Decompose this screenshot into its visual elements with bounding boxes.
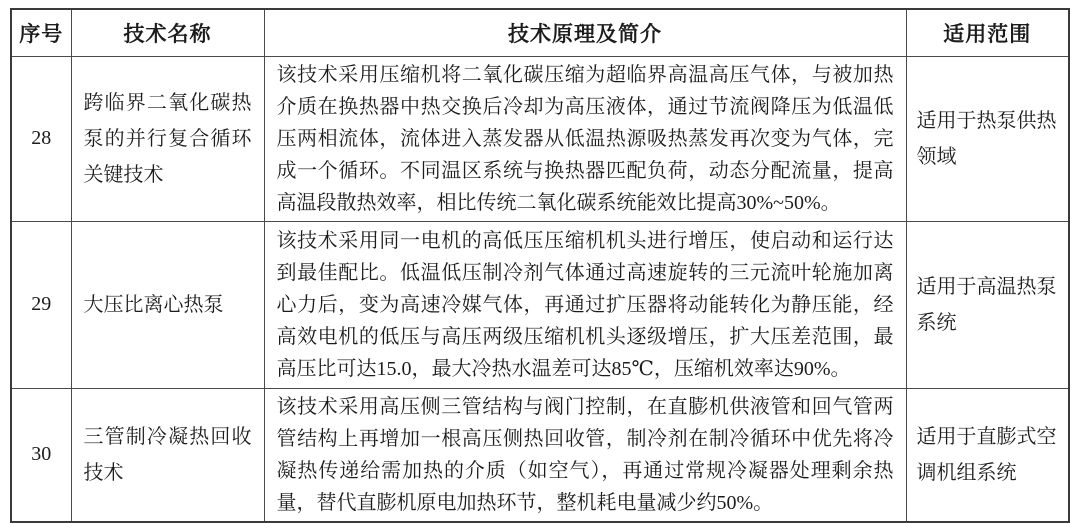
- row-30-scope-text: 适用于直膨式空调机组系统: [906, 388, 1069, 518]
- row-28-technology-name: 跨临界二氧化碳热泵的并行复合循环关键技术: [71, 56, 264, 221]
- row-29-principle-text: 该技术采用同一电机的高低压压缩机机头进行增压，使启动和运行达到最佳配比。低温低压…: [264, 221, 906, 388]
- row-28-serial-number: 28: [11, 56, 71, 221]
- row-30-principle-text: 该技术采用高压侧三管结构与阀门控制，在直膨机供液管和回气管两管结构上再增加一根高…: [264, 388, 906, 518]
- technology-table: 序号 技术名称 技术原理及简介 适用范围 28 跨临界二氧化碳热泵的并行复合循环…: [10, 8, 1070, 518]
- table-row: 29 大压比离心热泵 该技术采用同一电机的高低压压缩机机头进行增压，使启动和运行…: [11, 221, 1069, 388]
- header-applicable-scope: 适用范围: [906, 9, 1069, 56]
- table-header-row: 序号 技术名称 技术原理及简介 适用范围: [11, 9, 1069, 56]
- header-principle-intro: 技术原理及简介: [264, 9, 906, 56]
- row-29-scope-text: 适用于高温热泵系统: [906, 221, 1069, 388]
- row-30-technology-name: 三管制冷凝热回收技术: [71, 388, 264, 518]
- row-29-technology-name: 大压比离心热泵: [71, 221, 264, 388]
- table-row: 30 三管制冷凝热回收技术 该技术采用高压侧三管结构与阀门控制，在直膨机供液管和…: [11, 388, 1069, 518]
- header-technology-name: 技术名称: [71, 9, 264, 56]
- row-30-serial-number: 30: [11, 388, 71, 518]
- row-28-principle-text: 该技术采用压缩机将二氧化碳压缩为超临界高温高压气体，与被加热介质在换热器中热交换…: [264, 56, 906, 221]
- row-29-serial-number: 29: [11, 221, 71, 388]
- table-row: 28 跨临界二氧化碳热泵的并行复合循环关键技术 该技术采用压缩机将二氧化碳压缩为…: [11, 56, 1069, 221]
- header-serial-number: 序号: [11, 9, 71, 56]
- row-28-scope-text: 适用于热泵供热领域: [906, 56, 1069, 221]
